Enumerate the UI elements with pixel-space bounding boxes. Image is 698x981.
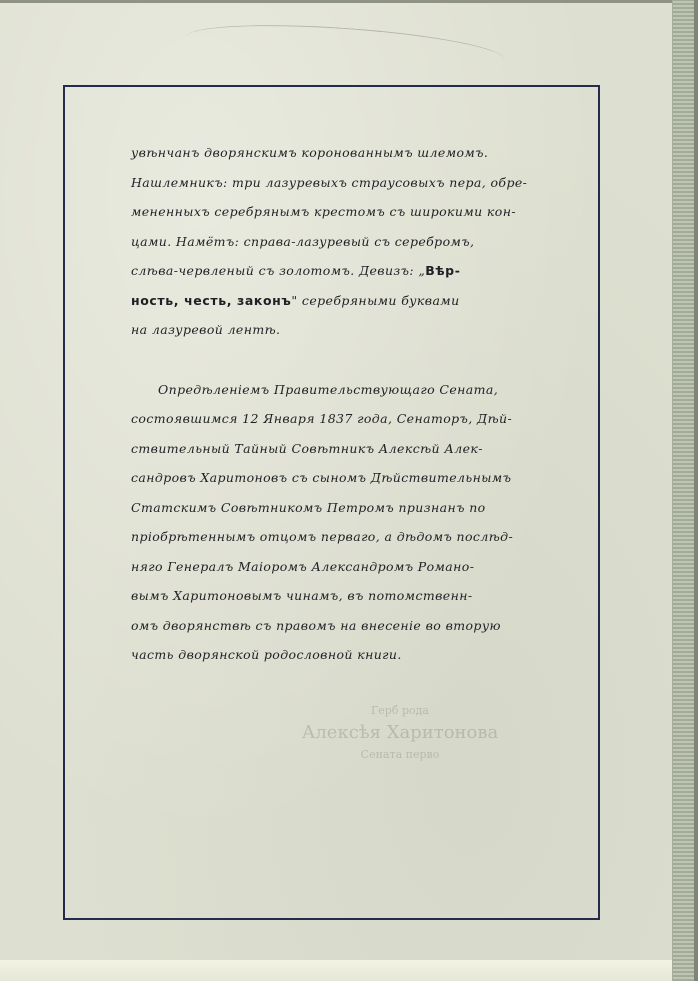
text-line: няго Генералъ Маіоромъ Александромъ Рома… [131,552,541,582]
scan-top-edge [0,0,698,3]
text-line: вымъ Харитоновымъ чинамъ, въ потомственн… [131,581,541,611]
text-line: мененныхъ серебрянымъ крестомъ съ широки… [131,197,541,227]
text-line: на лазуревой лентѣ. [131,315,541,345]
handwritten-text: увѣнчанъ дворянскимъ коронованнымъ шлемо… [131,138,541,670]
text-line: ность, честь, законъ" серебряными буквам… [131,286,541,316]
text-line: пріобрѣтеннымъ отцомъ перваго, а дѣдомъ … [131,522,541,552]
bleed-through-text: Герб рода Алексѣя Харитонова Сената перв… [250,700,550,766]
binding-strip [672,0,698,981]
text-line: часть дворянской родословной книги. [131,640,541,670]
motto-text: Вѣр- [425,263,460,278]
text-line: ствительный Тайный Совѣтникъ Алексѣй Але… [131,434,541,464]
motto-text: ность, честь, законъ [131,293,291,308]
text-line: сандровъ Харитоновъ съ сыномъ Дѣйствител… [131,463,541,493]
text-line: увѣнчанъ дворянскимъ коронованнымъ шлемо… [131,138,541,168]
paragraph-coat-of-arms: увѣнчанъ дворянскимъ коронованнымъ шлемо… [131,138,541,345]
bleed-line-2: Алексѣя Харитонова [250,722,550,744]
text-span: " серебряными буквами [291,293,459,308]
paragraph-senate-decision: Опредѣленіемъ Правительствующаго Сената,… [131,375,541,670]
paragraph-gap [131,345,541,375]
text-line: омъ дворянствѣ съ правомъ на внесеніе во… [131,611,541,641]
text-span: слѣва-червленый съ золотомъ. Девизъ: „ [131,263,425,278]
text-line: Нашлемникъ: три лазуревыхъ страусовыхъ п… [131,168,541,198]
text-line: Опредѣленіемъ Правительствующаго Сената, [131,375,541,405]
bleed-line-1: Герб рода [250,700,550,722]
text-line: слѣва-червленый съ золотомъ. Девизъ: „Вѣ… [131,256,541,286]
scan-bottom-edge [0,960,698,981]
text-line: состоявшимся 12 Января 1837 года, Сенато… [131,404,541,434]
text-line: Статскимъ Совѣтникомъ Петромъ признанъ п… [131,493,541,523]
text-line: цами. Намётъ: справа-лазуревый съ серебр… [131,227,541,257]
bleed-line-3: Сената перво [250,744,550,766]
